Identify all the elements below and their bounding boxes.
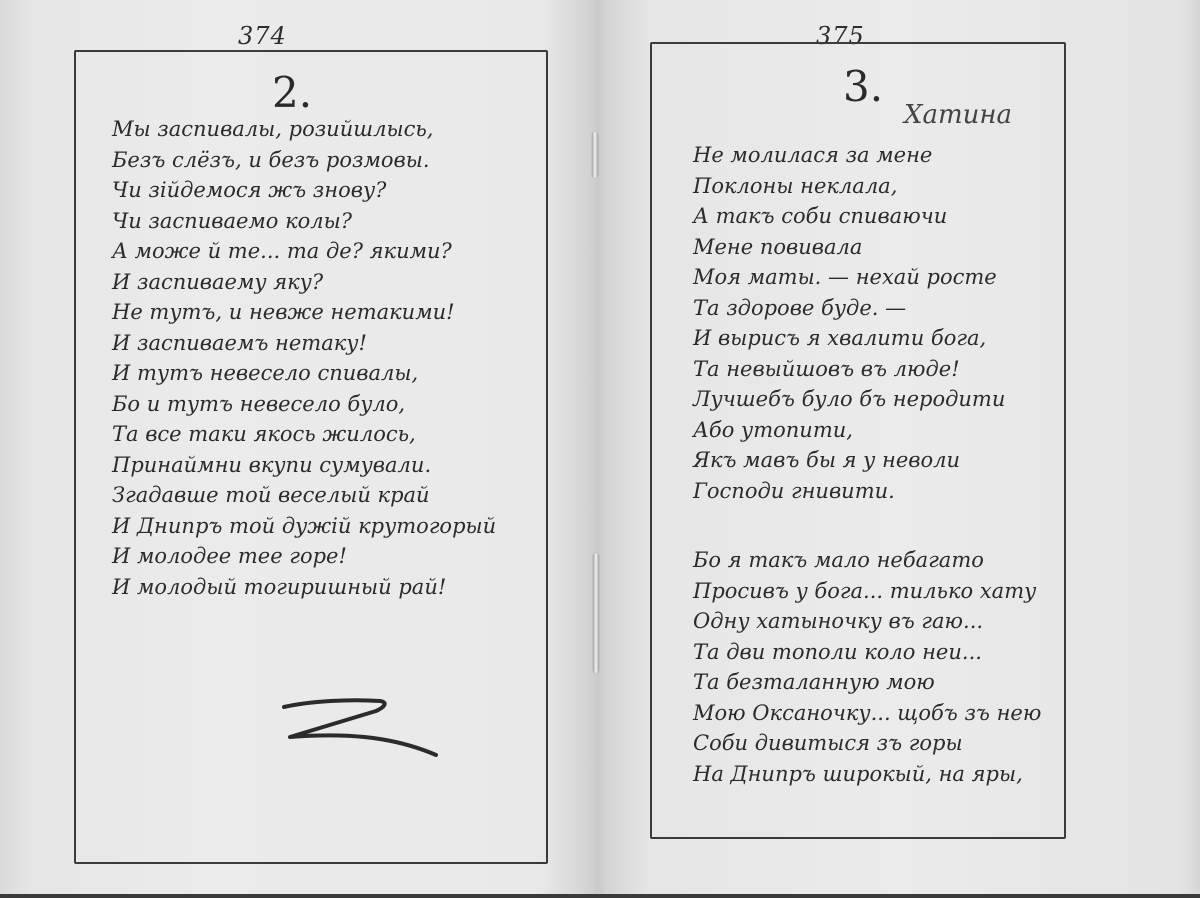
verse-line: Та все таки якось жилось, <box>112 419 496 450</box>
verse-line: Принаймни вкупи сумували. <box>112 450 496 481</box>
right-page: 375 3. Хатина Не молилася за мене Поклон… <box>602 0 1200 898</box>
left-page: 374 2. Мы заспивалы, розийшлысь, Безъ сл… <box>0 0 598 898</box>
verse-stanza-1: Не молилася за мене Поклоны неклала, А т… <box>693 140 1005 506</box>
verse-line: И Днипръ той дужій крутогорый <box>112 511 496 542</box>
verse-line: Та безталанную мою <box>693 667 1041 698</box>
verse-line: Чи заспиваемо колы? <box>112 206 496 237</box>
verse-line: Мы заспивалы, розийшлысь, <box>112 114 496 145</box>
verse-line: Згадавше той веселый край <box>112 480 496 511</box>
binding-stitch-bottom <box>593 553 599 673</box>
page-bottom-edge <box>0 894 1200 898</box>
verse-line: Соби дивитыся зъ горы <box>693 728 1041 759</box>
section-number-3: 3. <box>843 62 883 111</box>
verse-line: Та дви тополи коло неи... <box>693 637 1041 668</box>
verse-line: Моя маты. — нехай росте <box>693 262 1005 293</box>
verse-line: Поклоны неклала, <box>693 171 1005 202</box>
verse-line: Та невыйшовъ въ люде! <box>693 354 1005 385</box>
verse-line: И молодее тее горе! <box>112 541 496 572</box>
verse-line: Одну хатыночку въ гаю... <box>693 606 1041 637</box>
manuscript-spread: 374 2. Мы заспивалы, розийшлысь, Безъ сл… <box>0 0 1200 898</box>
verse-line: Та здорове буде. — <box>693 293 1005 324</box>
verse-line: Якъ мавъ бы я у неволи <box>693 445 1005 476</box>
verse-block-left: Мы заспивалы, розийшлысь, Безъ слёзъ, и … <box>112 114 496 602</box>
section-number-2: 2. <box>272 68 312 117</box>
verse-line: И заспиваему яку? <box>112 267 496 298</box>
verse-line: Не молилася за мене <box>693 140 1005 171</box>
verse-line: Лучшебъ було бъ неродити <box>693 384 1005 415</box>
verse-line: Чи зійдемося жъ знову? <box>112 175 496 206</box>
page-number-left: 374 <box>238 22 287 50</box>
verse-line: А такъ соби спиваючи <box>693 201 1005 232</box>
verse-line: Мою Оксаночку... щобъ зъ нею <box>693 698 1041 729</box>
verse-line: Мене повивала <box>693 232 1005 263</box>
verse-line: На Днипръ широкый, на яры, <box>693 759 1041 790</box>
verse-line: А може й те... та де? якими? <box>112 236 496 267</box>
binding-stitch-top <box>592 132 598 178</box>
verse-line: Безъ слёзъ, и безъ розмовы. <box>112 145 496 176</box>
verse-line: Господи гнивити. <box>693 476 1005 507</box>
verse-line: Або утопити, <box>693 415 1005 446</box>
verse-line: Бо и тутъ невесело було, <box>112 389 496 420</box>
verse-line: И молодый тогиришный рай! <box>112 572 496 603</box>
verse-line: И заспиваемъ нетаку! <box>112 328 496 359</box>
end-flourish-icon <box>280 695 450 765</box>
verse-line: И вырисъ я хвалити бога, <box>693 323 1005 354</box>
verse-stanza-2: Бо я такъ мало небагато Просивъ у бога..… <box>693 545 1041 789</box>
section-title: Хатина <box>904 100 1012 130</box>
verse-line: Просивъ у бога... тилько хату <box>693 576 1041 607</box>
verse-line: И тутъ невесело спивалы, <box>112 358 496 389</box>
verse-line: Не тутъ, и невже нетакими! <box>112 297 496 328</box>
verse-line: Бо я такъ мало небагато <box>693 545 1041 576</box>
